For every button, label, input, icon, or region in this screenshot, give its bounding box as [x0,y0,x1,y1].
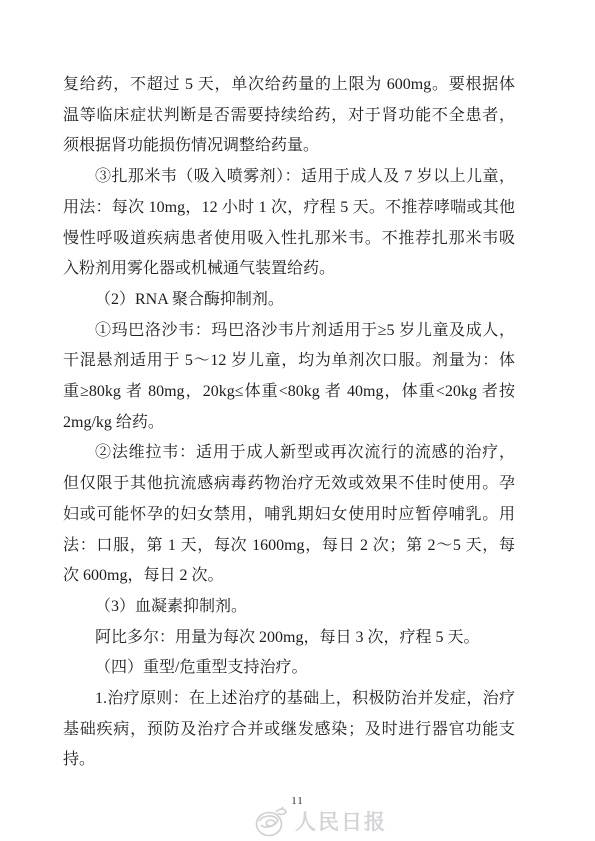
paragraph: （3）血凝素抑制剂。 [63,592,515,623]
text-line: 入粉剂用雾化器或机械通气装置给药。 [63,254,515,285]
watermark-label: 人民日报 [295,806,387,836]
paragraph: 阿比多尔：用量为每次 200mg，每日 3 次，疗程 5 天。 [63,623,515,654]
paragraph: ①玛巴洛沙韦：玛巴洛沙韦片剂适用于≥5 岁儿童及成人，干混悬剂适用于 5～12 … [63,316,515,439]
text-line: 重≥80kg 者 80mg，20kg≤体重<80kg 者 40mg，体重<20k… [63,377,515,408]
text-line: ②法维拉韦：适用于成人新型或再次流行的流感的治疗， [63,438,515,469]
paragraph: （2）RNA 聚合酶抑制剂。 [63,285,515,316]
text-line: 妇或可能怀孕的妇女禁用，哺乳期妇女使用时应暂停哺乳。用 [63,500,515,531]
text-line: 用法：每次 10mg，12 小时 1 次，疗程 5 天。不推荐哮喘或其他 [63,193,515,224]
text-line: 慢性呼吸道疾病患者使用吸入性扎那米韦。不推荐扎那米韦吸 [63,224,515,255]
text-line: 基础疾病，预防及治疗合并或继发感染；及时进行器官功能支 [63,715,515,746]
text-line: （3）血凝素抑制剂。 [63,592,515,623]
text-line: 次 600mg，每日 2 次。 [63,561,515,592]
text-line: 须根据肾功能损伤情况调整给药量。 [63,131,515,162]
text-line: 阿比多尔：用量为每次 200mg，每日 3 次，疗程 5 天。 [63,623,515,654]
text-line: （四）重型/危重型支持治疗。 [63,653,515,684]
document-body: 复给药，不超过 5 天，单次给药量的上限为 600mg。要根据体温等临床症状判断… [63,70,515,776]
text-line: 复给药，不超过 5 天，单次给药量的上限为 600mg。要根据体 [63,70,515,101]
people-daily-globe-icon [252,804,290,838]
text-line: 持。 [63,745,515,776]
text-line: ①玛巴洛沙韦：玛巴洛沙韦片剂适用于≥5 岁儿童及成人， [63,316,515,347]
text-line: 法：口服，第 1 天，每次 1600mg，每日 2 次；第 2～5 天，每 [63,531,515,562]
paragraph: 复给药，不超过 5 天，单次给药量的上限为 600mg。要根据体温等临床症状判断… [63,70,515,162]
paragraph: ②法维拉韦：适用于成人新型或再次流行的流感的治疗，但仅限于其他抗流感病毒药物治疗… [63,438,515,592]
paragraph: （四）重型/危重型支持治疗。 [63,653,515,684]
text-line: （2）RNA 聚合酶抑制剂。 [63,285,515,316]
paragraph: 1.治疗原则：在上述治疗的基础上，积极防治并发症，治疗基础疾病，预防及治疗合并或… [63,684,515,776]
text-line: 温等临床症状判断是否需要持续给药，对于肾功能不全患者， [63,101,515,132]
text-line: 2mg/kg 给药。 [63,408,515,439]
text-line: 但仅限于其他抗流感病毒药物治疗无效或效果不佳时使用。孕 [63,469,515,500]
paragraph: ③扎那米韦（吸入喷雾剂）：适用于成人及 7 岁以上儿童，用法：每次 10mg，1… [63,162,515,285]
text-line: 1.治疗原则：在上述治疗的基础上，积极防治并发症，治疗 [63,684,515,715]
document-page: 复给药，不超过 5 天，单次给药量的上限为 600mg。要根据体温等临床症状判断… [0,0,595,841]
watermark: 人民日报 [252,804,387,838]
text-line: ③扎那米韦（吸入喷雾剂）：适用于成人及 7 岁以上儿童， [63,162,515,193]
page-number: 11 [0,795,595,807]
text-line: 干混悬剂适用于 5～12 岁儿童，均为单剂次口服。剂量为：体 [63,346,515,377]
